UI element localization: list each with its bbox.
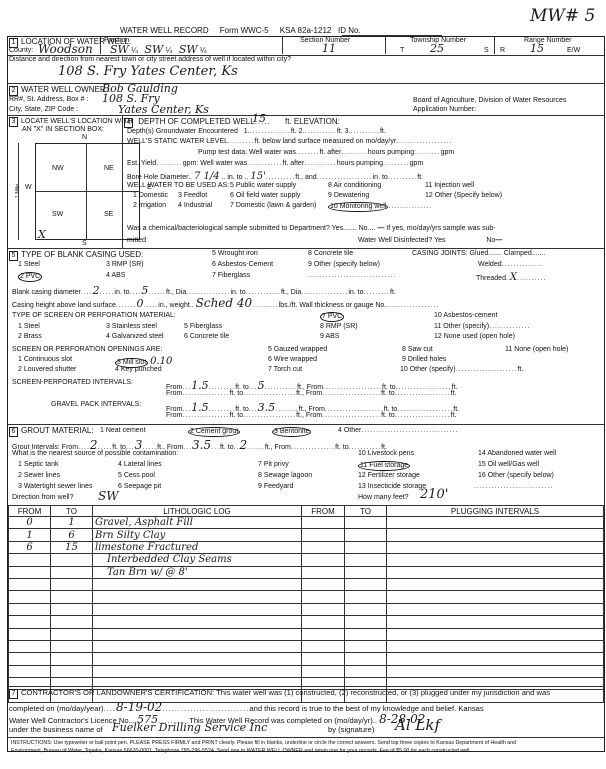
lithology-cell[interactable] [93,591,302,603]
from-cell[interactable] [9,628,51,640]
to-cell[interactable] [51,616,93,628]
opening-option-7[interactable]: 7 Torch cut [268,366,302,373]
plug-from-cell[interactable] [302,578,345,590]
other-contam-field[interactable]: ........................... [474,483,554,490]
plug-to-cell[interactable] [345,578,387,590]
casing-option-9[interactable]: 9 Other (specify below) [308,261,380,268]
contam-option-16[interactable]: 16 Other (specify below) [478,472,554,479]
log-row: Interbedded Clay Seams [9,554,604,566]
to-header: TO [51,506,93,517]
yield-row[interactable]: Est. Yield.........gpm: Well water was..… [127,160,423,167]
sample-question[interactable]: Was a chemical/bacteriological sample su… [127,225,496,232]
use-option-3[interactable]: 3 Feedlot [178,192,207,199]
screen-option-4[interactable]: 4 Galvanized steel [106,333,164,340]
direction-field[interactable]: SW [98,489,119,503]
plug-to-cell[interactable] [345,640,387,652]
plug-from-cell[interactable] [302,640,345,652]
plug-to-cell[interactable] [345,566,387,578]
contam-option-10[interactable]: 10 Livestock pens [358,450,414,457]
to-cell[interactable] [51,665,93,677]
plug-from-header: FROM [302,506,345,517]
openings-title: SCREEN OR PERFORATION OPENINGS ARE: [12,346,162,353]
screen-option-2[interactable]: 2 Brass [18,333,42,340]
to-cell[interactable] [51,653,93,665]
business-label: under the business name of [9,725,103,734]
contam-option-1[interactable]: 1 Septic tank [18,461,58,468]
plug-to-cell[interactable] [345,665,387,677]
contam-option-12[interactable]: 12 Fertilizer storage [358,472,420,479]
from-cell[interactable] [9,578,51,590]
screen-option-8[interactable]: 8 RMP (SR) [320,323,358,330]
log-row [9,603,604,615]
feet-field[interactable]: 210' [420,487,448,502]
use-option-6[interactable]: 6 Oil field water supply [230,192,300,199]
log-row: 16Brn Silty Clay [9,529,604,541]
groundwater-row[interactable]: Depth(s) Groundwater Encountered 1......… [127,128,386,135]
contam-option-14[interactable]: 14 Abandoned water well [478,450,556,457]
from-header: FROM [9,506,51,517]
bore-row[interactable]: Bore Hole Diameter.. 7 1/4 .. in. to .. … [127,171,423,182]
lithology-cell[interactable]: Gravel, Asphalt Fill [93,517,302,529]
screen-material-title: TYPE OF SCREEN OR PERFORATION MATERIAL: [12,312,176,319]
from-cell[interactable] [9,591,51,603]
business-name-field[interactable]: Fuelker Drilling Service Inc [112,721,267,734]
other-casing-field[interactable]: .............................. [308,272,396,279]
contam-option-2[interactable]: 2 Sewer lines [18,472,60,479]
casing-option-8[interactable]: 8 Concrete tile [308,250,353,257]
plug-from-cell[interactable] [302,628,345,640]
casing-option-3[interactable]: 3 RMP (SR) [106,261,144,268]
plug-from-cell[interactable] [302,616,345,628]
plug-to-cell[interactable] [345,591,387,603]
log-row: Tan Brn w/ @ 8' [9,566,604,578]
opening-option-4[interactable]: 4 Key punched [115,366,162,373]
to-cell[interactable] [51,628,93,640]
lithology-cell[interactable] [93,640,302,652]
grout-option-2-selected[interactable]: 2 Cement grout [188,427,240,437]
gravel-intervals-label: GRAVEL PACK INTERVALS: [51,401,141,408]
ksa-number: KSA 82a-1212 [280,26,332,35]
plugging-interval-cell[interactable] [387,541,604,553]
screen-option-9[interactable]: 9 ABS [320,333,339,340]
to-cell[interactable] [51,566,93,578]
casing-height-row[interactable]: Casing height above land surface.......0… [12,296,439,310]
id-label: ID No. [338,26,361,35]
city-label: City, State, ZIP Code : [9,106,78,113]
use-option-10-selected[interactable]: 10 Monitoring well............... [328,202,433,212]
screen-option-11[interactable]: 11 Other (specify).............. [434,323,530,330]
plug-to-cell[interactable] [345,628,387,640]
signature-label: by (signature) [328,725,374,734]
lithology-cell[interactable] [93,603,302,615]
monitoring-well-annotation: MW# 5 [530,6,595,26]
plugging-interval-cell[interactable] [387,665,604,677]
plugging-interval-cell[interactable] [387,578,604,590]
log-row: 615limestone Fractured [9,541,604,553]
welded-option[interactable]: Welded.............. [478,261,543,268]
casing-option-2-selected[interactable]: 2 PVC [18,272,42,282]
plugging-interval-cell[interactable] [387,603,604,615]
form-header: WATER WELL RECORD Form WWC-5 KSA 82a-121… [120,26,361,35]
plug-to-cell[interactable] [345,541,387,553]
plug-from-cell[interactable] [302,517,345,529]
opening-option-8[interactable]: 8 Saw cut [402,346,433,353]
to-cell[interactable] [51,578,93,590]
from-cell[interactable]: 6 [9,541,51,553]
section-number-field[interactable]: 11 [322,42,336,55]
use-option-12[interactable]: 12 Other (Specify below) [425,192,502,199]
lithologic-log-header: LITHOLOGIC LOG [93,506,302,517]
plug-to-header: TO [345,506,387,517]
from-cell[interactable]: 1 [9,529,51,541]
certification-line-1: 7CONTRACTOR'S OR LANDOWNER'S CERTIFICATI… [9,688,550,699]
plugging-interval-cell[interactable] [387,554,604,566]
plug-to-cell[interactable] [345,529,387,541]
range-direction[interactable]: E/W [567,47,580,54]
plug-to-cell[interactable] [345,616,387,628]
plug-from-cell[interactable] [302,591,345,603]
plugging-interval-cell[interactable] [387,628,604,640]
township-field[interactable]: 25 [430,42,444,55]
form-number: Form WWC-5 [220,26,269,35]
board-label: Board of Agriculture, Division of Water … [413,97,566,104]
use-option-1[interactable]: 1 Domestic [133,192,168,199]
to-cell[interactable] [51,591,93,603]
plug-from-cell[interactable] [302,665,345,677]
log-row [9,640,604,652]
log-row [9,578,604,590]
log-row [9,665,604,677]
application-number-label: Application Number: [413,106,476,113]
address-label: RR#, St. Address, Box # : [9,96,88,103]
log-row [9,591,604,603]
screen-option-12[interactable]: 12 None used (open hole) [434,333,515,340]
lithology-cell[interactable] [93,665,302,677]
range-field[interactable]: 15 [530,42,544,55]
opening-option-1[interactable]: 1 Continuous slot [18,356,72,363]
lithology-cell[interactable]: limestone Fractured [93,541,302,553]
lithologic-log-table: FROM TO LITHOLOGIC LOG FROM TO PLUGGING … [8,505,604,703]
to-cell[interactable] [51,640,93,652]
to-cell[interactable]: 6 [51,529,93,541]
opening-option-5[interactable]: 5 Gauzed wrapped [268,346,327,353]
casing-option-6[interactable]: 6 Asbestos-Cement [212,261,273,268]
disinfected-row[interactable]: Water Well Disinfected? Yes No— [358,237,502,244]
grout-option-3-selected[interactable]: 3 Bentonite [272,427,311,437]
lithology-cell[interactable]: Brn Silty Clay [93,529,302,541]
screen-option-6[interactable]: 6 Concrete tile [184,333,229,340]
casing-option-7[interactable]: 7 Fiberglass [212,272,250,279]
plug-from-cell[interactable] [302,541,345,553]
use-option-7[interactable]: 7 Domestic (lawn & garden) [230,202,316,209]
gravel-interval-row-2[interactable]: From................ft. to..............… [166,412,457,419]
use-option-4[interactable]: 4 Industrial [178,202,212,209]
plug-from-cell[interactable] [302,603,345,615]
log-header-row: FROM TO LITHOLOGIC LOG FROM TO PLUGGING … [9,506,604,517]
section-6-title: 6GROUT MATERIAL: [9,426,94,437]
section-5-title: 5TYPE OF BLANK CASING USED: [9,250,143,261]
contam-option-8[interactable]: 8 Sewage lagoon [258,472,312,479]
use-option-5[interactable]: 5 Public water supply [230,182,296,189]
screen-option-1[interactable]: 1 Steel [18,323,40,330]
screen-interval-row-2[interactable]: From................ft. to..............… [166,390,457,397]
plug-from-cell[interactable] [302,554,345,566]
contam-option-4[interactable]: 4 Lateral lines [118,461,162,468]
contam-option-7[interactable]: 7 Pit privy [258,461,289,468]
screen-option-7-selected[interactable]: 7 PVC [320,312,344,322]
instructions-line-1: INSTRUCTIONS: Use typewriter or ball poi… [11,740,516,746]
use-option-11[interactable]: 11 Injection well [425,182,474,189]
use-option-8[interactable]: 8 Air conditioning [328,182,381,189]
contam-option-9[interactable]: 9 Feedyard [258,483,293,490]
grout-option-4[interactable]: 4 Other................................. [338,427,459,434]
plugging-interval-cell[interactable] [387,591,604,603]
log-row [9,653,604,665]
section-3-subtitle: AN "X" IN SECTION BOX: [22,126,104,133]
section-2-title: 2WATER WELL OWNER : [9,85,110,96]
lithology-cell[interactable]: Interbedded Clay Seams [93,554,302,566]
distance-label: Distance and direction from nearest town… [9,56,291,63]
county-field[interactable]: Woodson [38,42,93,56]
feet-label: How many feet? [358,494,409,501]
lithology-cell[interactable] [93,653,302,665]
plug-from-cell[interactable] [302,566,345,578]
contam-option-11-selected[interactable]: 11 Fuel storage [358,461,410,471]
lithology-cell[interactable]: Tan Brn w/ @ 8' [93,566,302,578]
plugging-interval-cell[interactable] [387,566,604,578]
contamination-label: What is the nearest source of possible c… [12,450,178,457]
opening-option-10[interactable]: 10 Other (specify).....................f… [400,366,523,373]
log-row [9,628,604,640]
from-cell[interactable] [9,653,51,665]
from-cell[interactable] [9,616,51,628]
opening-option-6[interactable]: 6 Wire wrapped [268,356,317,363]
plugging-interval-cell[interactable] [387,529,604,541]
contam-option-13[interactable]: 13 Insecticide storage [358,483,426,490]
signature-field[interactable]: Al Lkf [395,716,440,734]
lithology-cell[interactable] [93,628,302,640]
from-cell[interactable] [9,640,51,652]
contam-option-3[interactable]: 3 Watertight sewer lines [18,483,92,490]
plugging-interval-cell[interactable] [387,616,604,628]
use-label: WELL WATER TO BE USED AS: [127,182,229,189]
well-location-mark: X [38,228,46,241]
plug-to-cell[interactable] [345,517,387,529]
to-cell[interactable]: 1 [51,517,93,529]
use-option-9[interactable]: 9 Dewatering [328,192,369,199]
direction-label: Direction from well? [12,494,73,501]
from-cell[interactable]: 0 [9,517,51,529]
plug-from-cell[interactable] [302,653,345,665]
county-label: County: [9,47,33,54]
section-4-depth: 4 DEPTH OF COMPLETED WELL..... [124,117,271,128]
screen-option-10[interactable]: 10 Asbestos-cement [434,312,497,319]
log-row [9,616,604,628]
plug-to-cell[interactable] [345,653,387,665]
use-option-2[interactable]: 2 Irrigation [133,202,166,209]
plugging-intervals-header: PLUGGING INTERVALS [387,506,604,517]
distance-field[interactable]: 108 S. Fry Yates Center, Ks [58,64,238,79]
screen-option-5[interactable]: 5 Fiberglass [184,323,222,330]
threaded-option[interactable]: Threaded. X.......... [476,272,546,283]
opening-option-2[interactable]: 2 Louvered shutter [18,366,76,373]
depth-field[interactable]: 15 [252,112,266,125]
casing-option-5[interactable]: 5 Wrought iron [212,250,258,257]
plugging-interval-cell[interactable] [387,653,604,665]
lithology-cell[interactable] [93,616,302,628]
to-cell[interactable]: 15 [51,541,93,553]
pump-test-row[interactable]: Pump test data: Well water was........ft… [198,149,454,156]
from-cell[interactable] [9,566,51,578]
plug-to-cell[interactable] [345,603,387,615]
form-title: WATER WELL RECORD [120,26,209,35]
from-cell[interactable] [9,554,51,566]
grout-option-1[interactable]: 1 Neat cement [100,427,146,434]
from-cell[interactable] [9,603,51,615]
static-level-row[interactable]: WELL'S STATIC WATER LEVEL.........ft. be… [127,138,452,145]
screen-intervals-label: SCREEN-PERFORATED INTERVALS: [12,379,133,386]
opening-option-11[interactable]: 11 None (open hole) [505,346,568,353]
contam-option-6[interactable]: 6 Seepage pit [118,483,161,490]
to-cell[interactable] [51,554,93,566]
casing-option-4[interactable]: 4 ABS [106,272,125,279]
plug-to-cell[interactable] [345,554,387,566]
plugging-interval-cell[interactable] [387,517,604,529]
log-row: 01Gravel, Asphalt Fill [9,517,604,529]
lithology-cell[interactable] [93,578,302,590]
instructions-line-2: Environment, Bureau of Water, Topeka, Ka… [11,748,471,754]
contam-option-5[interactable]: 5 Cess pool [118,472,155,479]
contam-option-15[interactable]: 15 Oil well/Gas well [478,461,539,468]
casing-option-1[interactable]: 1 Steel [18,261,40,268]
plugging-interval-cell[interactable] [387,640,604,652]
casing-joints-label: CASING JOINTS: Glued....... Clamped.....… [412,250,545,257]
screen-option-3[interactable]: 3 Stainless steel [106,323,157,330]
to-cell[interactable] [51,603,93,615]
from-cell[interactable] [9,665,51,677]
plug-from-cell[interactable] [302,529,345,541]
opening-option-9[interactable]: 9 Drilled holes [402,356,446,363]
